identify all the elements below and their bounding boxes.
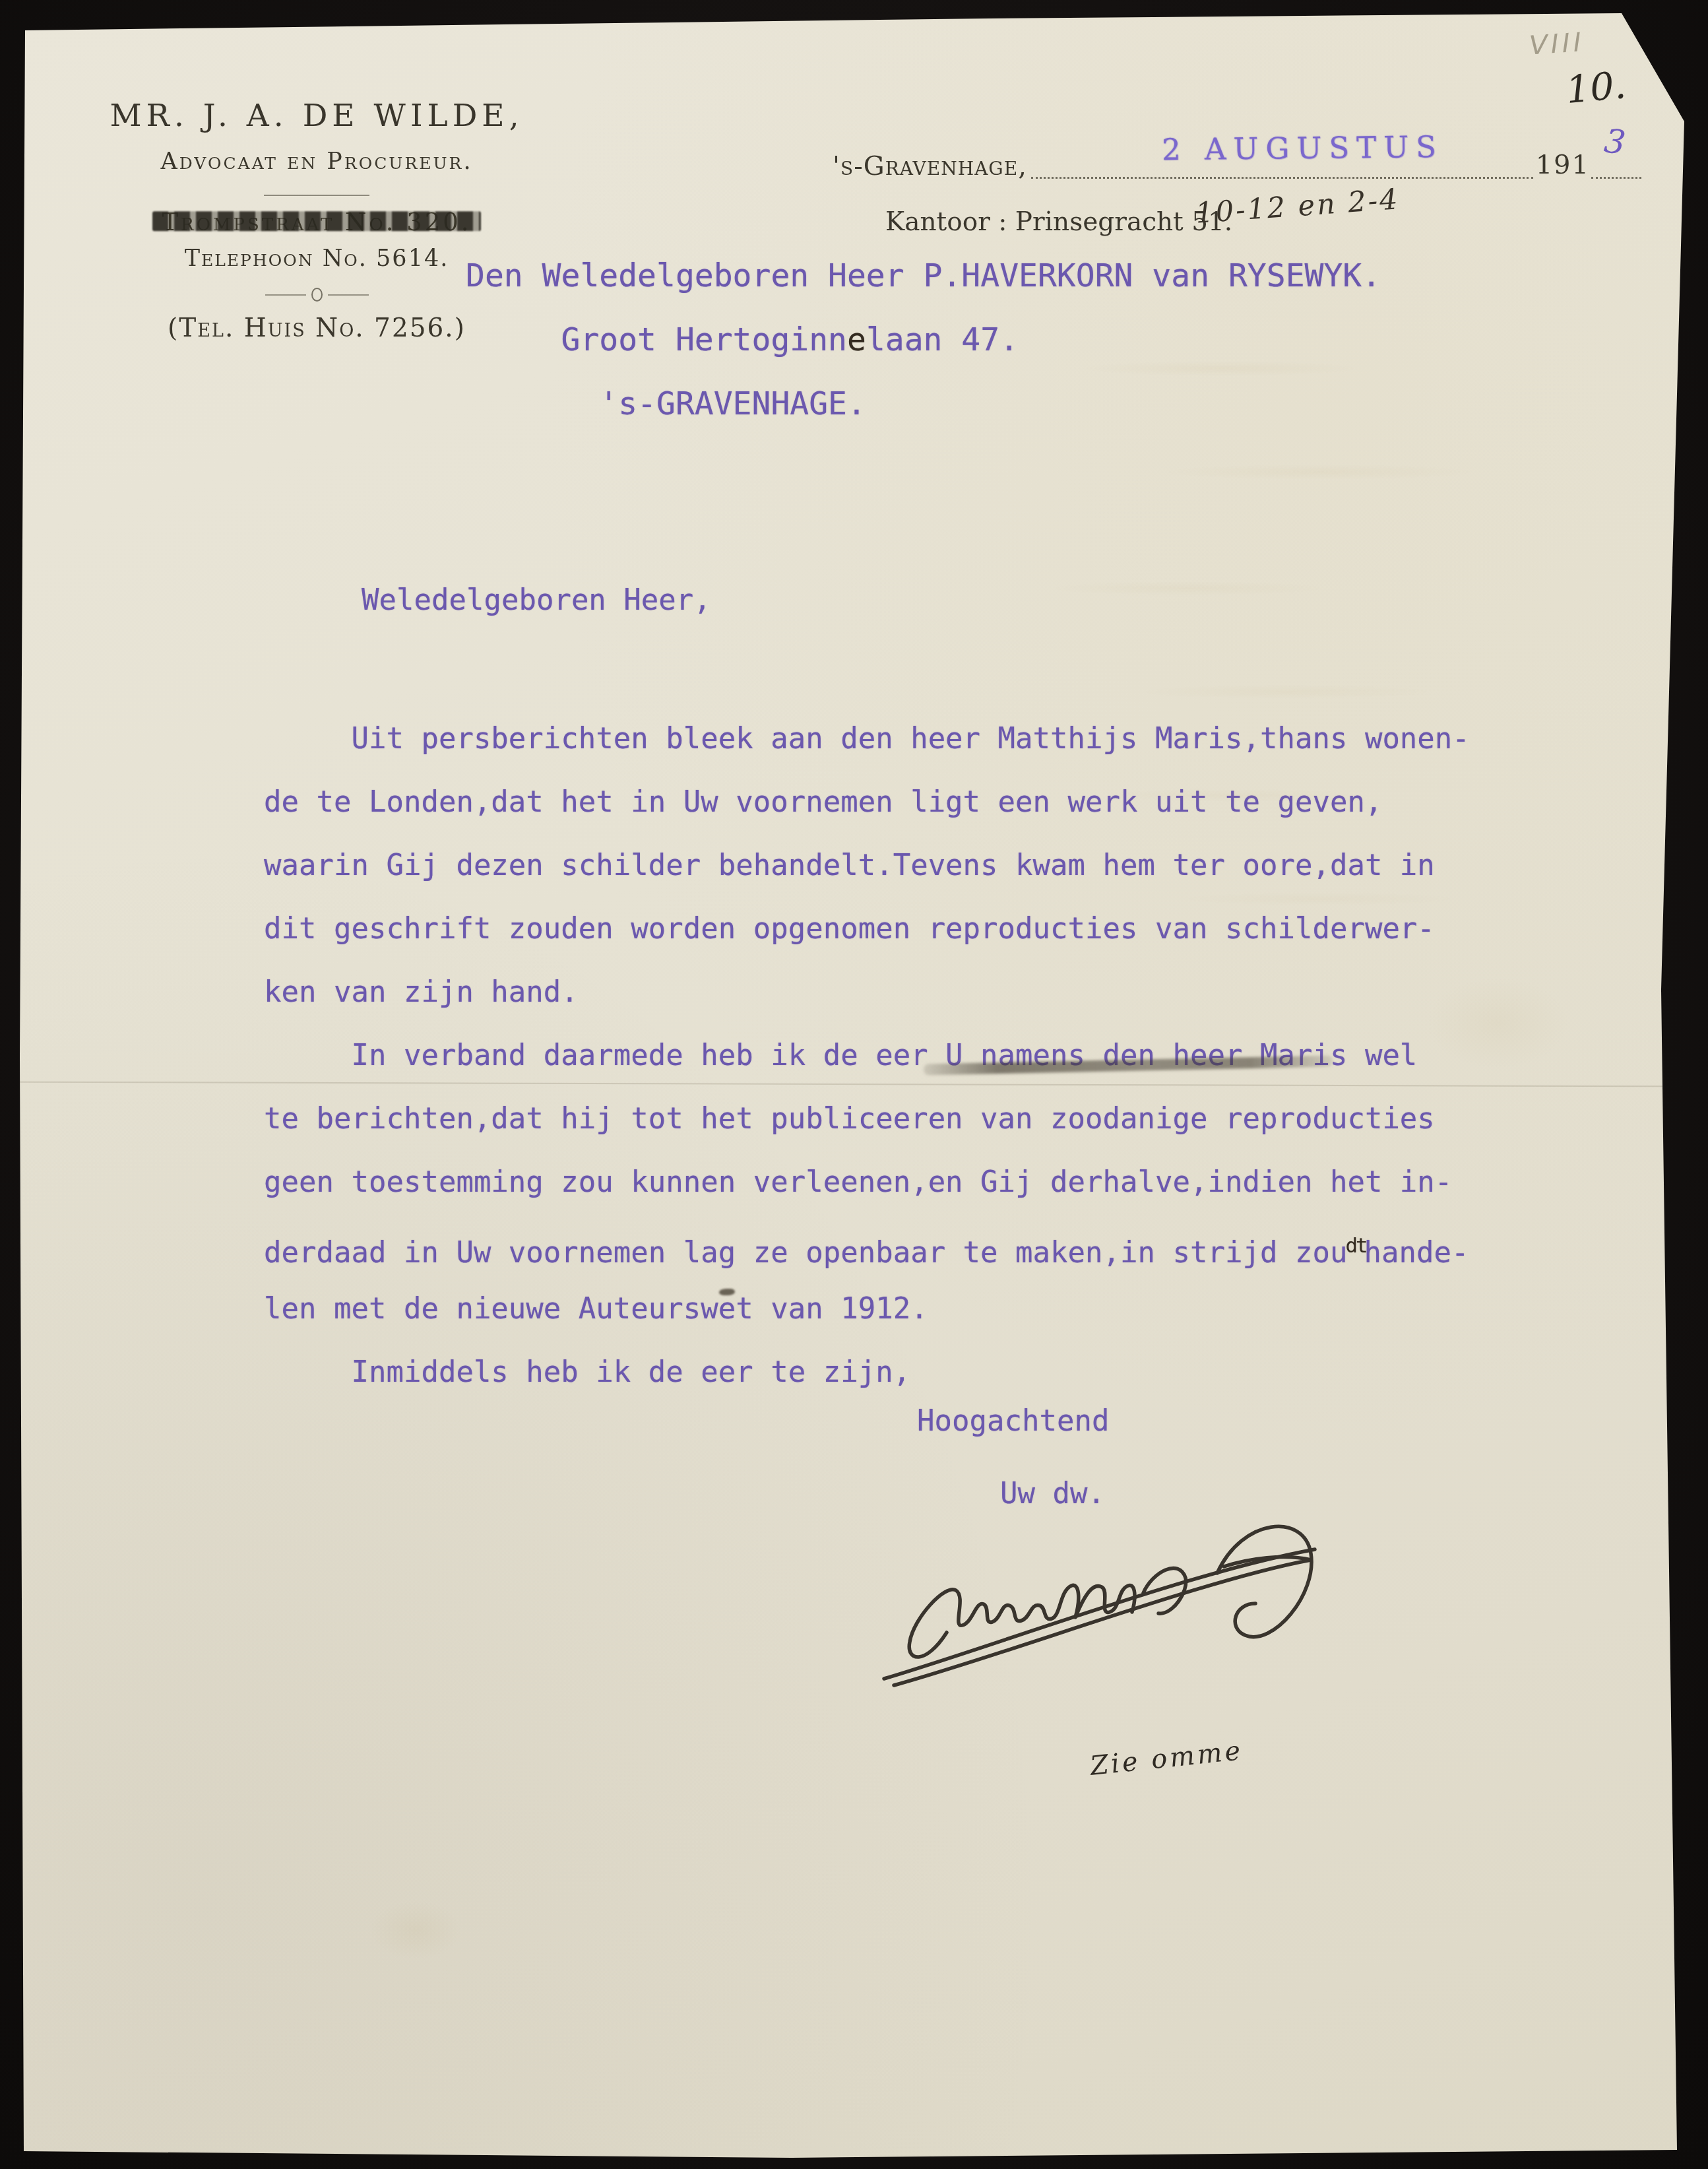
typed-segment: te berichten,dat hij tot het publiceeren… [264, 1102, 1435, 1136]
typed-line: dit geschrift zouden worden opgenomen re… [264, 897, 1470, 961]
typed-line: Uit persberichten bleek aan den heer Mat… [264, 707, 1470, 771]
typed-segment: e [718, 1292, 736, 1326]
date-stamp: 2 AUGUSTUS [1161, 129, 1443, 167]
folio-number-ink: 10. [1564, 63, 1628, 112]
typed-segment: hande- [1364, 1236, 1469, 1270]
typed-line: ken van zijn hand. [264, 961, 1470, 1024]
rule-left [265, 294, 306, 296]
typed-segment: waarin Gij dezen schilder behandelt.Teve… [264, 849, 1435, 882]
year-printed: 191 [1536, 150, 1590, 181]
typed-line: len met de nieuwe Auteurswet van 1912. [264, 1278, 1470, 1341]
salutation: Weledelgeboren Heer, [362, 583, 711, 617]
street-address-struck-out: Trompstraat No. 320. [162, 208, 471, 236]
typed-line: waarin Gij dezen schilder behandelt.Teve… [264, 834, 1470, 897]
typed-segment: Den Weledelgeboren Heer P.HAVERKORN van … [466, 257, 1381, 294]
typed-segment: geen toestemming zou kunnen verleenen,en… [264, 1165, 1452, 1199]
dateline-place: 's-Gravenhage, [833, 151, 1027, 181]
paper-stain [1425, 977, 1570, 1069]
letterhead-street-row: Trompstraat No. 320. [86, 207, 548, 236]
folio-number-pencil: VIII [1527, 27, 1586, 61]
typed-segment: ken van zijn hand. [264, 975, 579, 1009]
typed-segment: Groot Hertoginn [466, 321, 847, 358]
typed-line: te berichten,dat hij tot het publiceeren… [264, 1087, 1470, 1151]
scan-backdrop: { "colors":{ "typewriter_violet":"#6b58a… [0, 0, 1708, 2169]
year-dotted-rule: 3 [1591, 149, 1641, 179]
typed-segment: dt [1345, 1234, 1366, 1258]
addressee-block: Den Weledelgeboren Heer P.HAVERKORN van … [466, 244, 1381, 436]
typed-segment: derdaad in Uw voornemen lag ze openbaar … [264, 1236, 1347, 1270]
dateline-dotted-rule: 2 AUGUSTUS [1031, 149, 1533, 179]
rule-right [328, 294, 369, 296]
closing-regards: Hoogachtend [917, 1404, 1109, 1438]
typed-segment: Inmiddels heb ik de eer te zijn, [264, 1355, 910, 1389]
typed-line: geen toestemming zou kunnen verleenen,en… [264, 1151, 1470, 1214]
typed-segment: de te Londen,dat het in Uw voornemen lig… [264, 785, 1382, 819]
handwritten-note: Zie omme [1089, 1735, 1244, 1782]
year-handwritten: 3 [1602, 121, 1628, 162]
rule-circle [311, 288, 323, 302]
typed-segment: len met de nieuwe Auteursw [264, 1292, 718, 1326]
typed-line: 's-GRAVENHAGE. [466, 372, 1381, 436]
typed-segment: e [847, 321, 866, 358]
letterhead-title: Advocaat en Procureur. [86, 148, 548, 175]
typed-segment: dit geschrift zouden worden opgenomen re… [264, 912, 1435, 946]
typed-segment: t van 1912. [736, 1292, 928, 1326]
office-address-line: Kantoor : Prinsegracht 51. [885, 207, 1232, 237]
typed-segment: Uit persberichten bleek aan den heer Mat… [264, 722, 1470, 756]
divider-rule [264, 195, 369, 196]
typed-segment: 's-GRAVENHAGE. [466, 385, 866, 422]
typed-line: Groot Hertoginnelaan 47. [466, 308, 1381, 372]
letter-page: VIII 10. MR. J. A. DE WILDE, Advocaat en… [0, 0, 1708, 2169]
office-hours-handwritten: 10-12 en 2-4 [1195, 183, 1401, 230]
dateline: 's-Gravenhage, 2 AUGUSTUS 191 3 [833, 149, 1641, 181]
typed-segment: laan 47. [866, 321, 1019, 358]
typed-line: derdaad in Uw voornemen lag ze openbaar … [264, 1214, 1470, 1278]
paper-stain [369, 1900, 462, 1960]
typed-line: Den Weledelgeboren Heer P.HAVERKORN van … [466, 244, 1381, 308]
signature-flourish [848, 1493, 1382, 1697]
signature [848, 1493, 1382, 1697]
letterhead-name: MR. J. A. DE WILDE, [86, 98, 548, 134]
typed-line: Inmiddels heb ik de eer te zijn, [264, 1341, 1470, 1404]
typed-line: de te Londen,dat het in Uw voornemen lig… [264, 771, 1470, 834]
